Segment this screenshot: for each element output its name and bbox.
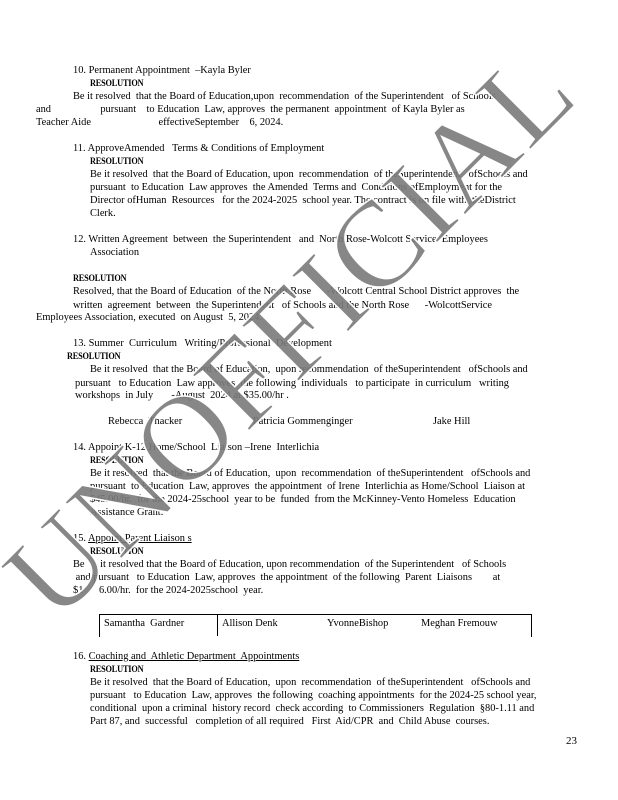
item-13-name-2: Patricia Gommenginger [253, 415, 353, 428]
item-10-body-line-3: Teacher Aide effectiveSeptember 6, 2024. [36, 116, 283, 129]
item-13-body-line-3: workshops in July -August 2024 at $35.00… [75, 389, 289, 402]
parent-liaison-cell-1: Samantha Gardner [104, 617, 184, 630]
item-11-body-line-1: Be it resolved that the Board of Educati… [90, 168, 528, 181]
item-16-body-line-4: Part 87, and successful completion of al… [90, 715, 489, 728]
item-12-heading-line-2: Association [90, 246, 139, 259]
item-12-body-line-3: Employees Association, executed on Augus… [36, 311, 262, 324]
item-16-resolution-label: RESOLUTION [90, 663, 143, 676]
item-13-resolution-label: RESOLUTION [67, 350, 120, 363]
item-10-body-line-1: Be it resolved that the Board of Educati… [73, 90, 496, 103]
parent-liaison-cell-3: YvonneBishop [327, 617, 388, 630]
parent-liaison-cell-4: Meghan Fremouw [421, 617, 497, 630]
item-11-body-line-3: Director ofHuman Resources for the 2024-… [90, 194, 516, 207]
item-16-heading: 16. Coaching and Athletic Department App… [73, 650, 299, 663]
item-12-heading: 12. Written Agreement between the Superi… [73, 233, 488, 246]
item-10-resolution-label: RESOLUTION [90, 77, 143, 90]
item-16-body-line-3: conditional upon a criminal history reco… [90, 702, 534, 715]
item-13-name-1: Rebecca Thacker [108, 415, 182, 428]
page-number: 23 [566, 735, 577, 748]
item-10-body-line-2: and pursuant to Education Law, approves … [36, 103, 465, 116]
parent-liaison-table-divider [217, 614, 218, 636]
item-15-resolution-label: RESOLUTION [90, 545, 143, 558]
item-14-body-line-2: pursuant to Education Law, approves the … [90, 480, 525, 493]
item-12-body-line-1: Resolved, that the Board of Education of… [73, 285, 519, 298]
item-13-body-line-1: Be it resolved that the Board of Educati… [90, 363, 528, 376]
item-16-body-line-1: Be it resolved that the Board of Educati… [90, 676, 530, 689]
item-11-resolution-label: RESOLUTION [90, 155, 143, 168]
item-14-resolution-label: RESOLUTION [90, 454, 143, 467]
item-15-body-line-2: and pursuant to Education Law, approves … [73, 571, 500, 584]
item-15-body-line-3: $1 6.00/hr. for the 2024-2025school year… [73, 584, 263, 597]
item-13-heading: 13. Summer Curriculum Writing/Profession… [73, 337, 332, 350]
item-14-body-line-1: Be it resolved that the Board of Educati… [90, 467, 530, 480]
item-11-heading: 11. ApproveAmended Terms & Conditions of… [73, 142, 324, 155]
item-11-body-line-4: Clerk. [90, 207, 116, 220]
item-14-body-line-3: $45.00/hr. for the 2024-25school year to… [90, 493, 516, 506]
item-11-body-line-2: pursuant to Education Law approves the A… [90, 181, 502, 194]
item-10-heading: 10. Permanent Appointment –Kayla Byler [73, 64, 251, 77]
item-15-body-line-1: Be it resolved that the Board of Educati… [73, 558, 506, 571]
item-15-heading: 15. Appoint Parent Liaison s [73, 532, 192, 545]
item-14-body-line-4: Assistance Grant. [90, 506, 163, 519]
item-16-body-line-2: pursuant to Education Law, approves the … [90, 689, 536, 702]
item-13-name-3: Jake Hill [433, 415, 470, 428]
item-12-resolution-label: RESOLUTION [73, 272, 126, 285]
item-14-heading: 14. Appoint K-12 Home/School Liaison –Ir… [73, 441, 319, 454]
parent-liaison-cell-2: Allison Denk [222, 617, 278, 630]
